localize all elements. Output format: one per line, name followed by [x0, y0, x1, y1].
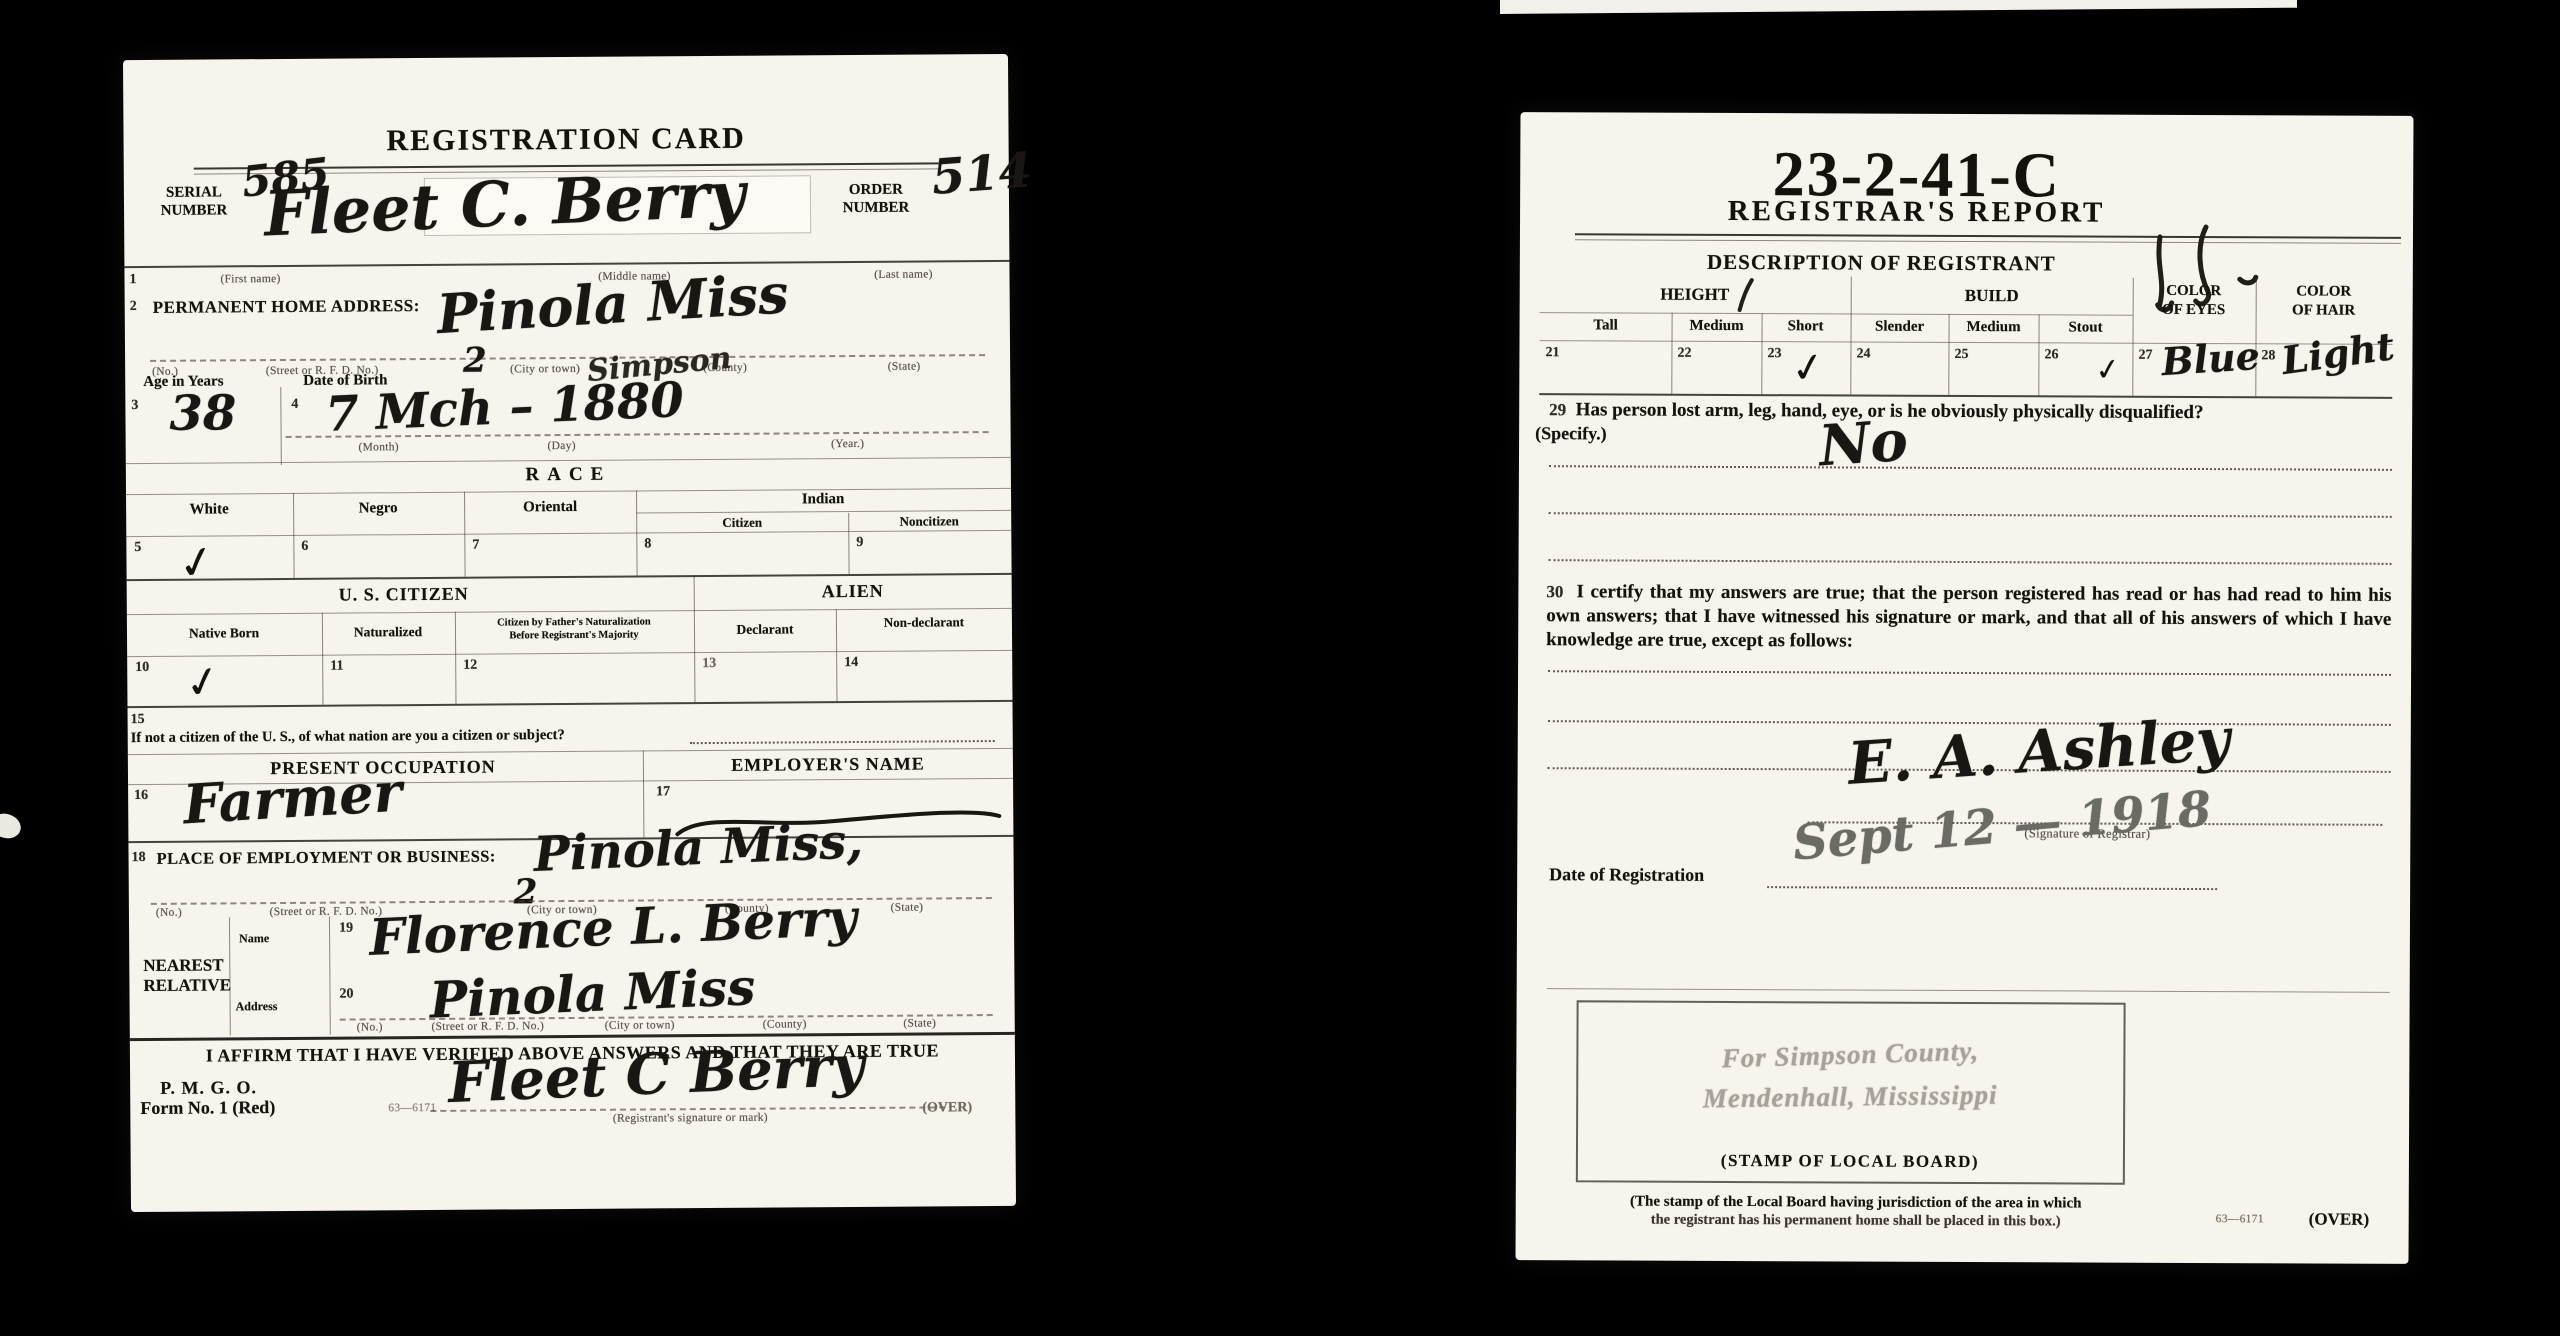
answer-line-1 — [1549, 465, 2392, 471]
row-rule — [124, 260, 1009, 268]
citizen-num-11: 11 — [330, 659, 343, 675]
citizen-num-12: 12 — [463, 658, 477, 674]
hint-state: (State) — [888, 361, 921, 373]
q20-number: 20 — [339, 987, 353, 1003]
num-23: 23 — [1767, 346, 1781, 362]
q16-number: 16 — [134, 788, 148, 804]
home-address-handwriting: Pinola Miss — [435, 266, 789, 341]
footnote-line-2: the registrant has his permanent home sh… — [1651, 1212, 2061, 1230]
rfd-number-handwriting: 2 — [463, 344, 487, 378]
eye-color-handwriting: Blue — [2160, 337, 2261, 381]
q2-number: 2 — [130, 299, 137, 315]
order-number-value: 514 — [930, 146, 1034, 202]
citizen-divider-2 — [455, 612, 457, 704]
citizen-num-14: 14 — [844, 655, 858, 671]
alien-header: ALIEN — [822, 581, 884, 602]
race-indian-label: Indian — [802, 491, 845, 508]
num-27: 27 — [2138, 348, 2152, 364]
q29-line: 29 Has person lost arm, leg, hand, eye, … — [1549, 399, 2396, 425]
q30-paragraph: 30 I certify that my answers are true; t… — [1546, 580, 2391, 655]
race-table-top — [126, 488, 1011, 495]
num-24: 24 — [1856, 347, 1870, 363]
race-noncitizen-label: Noncitizen — [900, 513, 959, 529]
citizen-num-13: 13 — [702, 656, 716, 672]
q15-text: If not a citizen of the U. S., of what n… — [131, 727, 565, 747]
answer-line-4 — [1548, 670, 2391, 676]
table-divider-5 — [2038, 314, 2039, 395]
q15-number: 15 — [131, 712, 145, 728]
stamp-line-2: Mendenhall, Mississippi — [1703, 1080, 1998, 1115]
hint-month: (Month) — [358, 441, 399, 453]
race-num-6: 6 — [301, 539, 308, 555]
table-divider-6 — [2132, 278, 2134, 396]
relative-label: RELATIVE — [143, 975, 231, 996]
registrant-signature-handwriting: Fleet C Berry — [447, 1038, 865, 1111]
q29-answer-handwriting: No — [1817, 413, 1909, 475]
citizen-alien-divider — [694, 575, 695, 610]
q15-answer-line — [690, 740, 995, 744]
num-26: 26 — [2044, 347, 2058, 363]
table-divider-1 — [1671, 313, 1672, 394]
form-code-back: 63—6171 — [2216, 1213, 2264, 1225]
over-label: (OVER) — [922, 1100, 972, 1116]
q30-text: I certify that my answers are true; that… — [1546, 581, 2391, 651]
hair-header: COLOR OF HAIR — [2292, 282, 2355, 320]
num-21: 21 — [1545, 345, 1559, 361]
race-num-7: 7 — [472, 538, 479, 554]
description-table: HEIGHT BUILD COLOR OF EYES COLOR OF HAIR… — [1539, 275, 2393, 397]
answer-line-3 — [1549, 559, 2392, 565]
race-num-8: 8 — [644, 536, 651, 552]
stamp-box: For Simpson County, Mendenhall, Mississi… — [1576, 1000, 2126, 1184]
native-born-label: Native Born — [189, 625, 259, 641]
address-write-line — [150, 354, 985, 362]
hint-street-3: (Street or R. F. D. No.) — [431, 1020, 544, 1033]
num-22: 22 — [1677, 346, 1691, 362]
citizen-divider-1 — [322, 613, 324, 705]
medium-build-label: Medium — [1966, 319, 2020, 336]
nondeclarant-label: Non-declarant — [869, 614, 979, 630]
race-num-9: 9 — [856, 535, 863, 551]
hint-no-3: (No.) — [357, 1021, 383, 1033]
citizen-num-10: 10 — [135, 660, 149, 676]
relative-address-label: Address — [236, 999, 278, 1014]
home-address-label: PERMANENT HOME ADDRESS: — [153, 296, 420, 318]
citizen-divider-4 — [836, 609, 838, 701]
relative-divider-2 — [329, 917, 331, 1035]
race-oriental-label: Oriental — [523, 499, 577, 516]
q30-number: 30 — [1546, 582, 1563, 601]
q19-number: 19 — [339, 921, 353, 937]
place-of-employment-label: PLACE OF EMPLOYMENT OR BUSINESS: — [156, 847, 495, 869]
scan-speck-left — [0, 810, 24, 842]
race-white-checkmark: ✓ — [174, 538, 219, 589]
hint-state-3: (State) — [903, 1017, 936, 1029]
race-header: RACE — [126, 461, 1011, 489]
hint-state-2: (State) — [891, 902, 924, 914]
native-born-checkmark: ✓ — [181, 658, 224, 707]
scan-edge-artifact-top — [1500, 0, 2297, 14]
hint-no-2: (No.) — [156, 907, 182, 919]
date-line — [1767, 886, 2217, 890]
hint-city: (City or town) — [510, 363, 580, 375]
build-header: BUILD — [1965, 286, 2019, 306]
hint-county-3: (County) — [763, 1018, 807, 1030]
table-divider-2 — [1761, 313, 1762, 394]
us-citizen-header: U. S. CITIZEN — [339, 584, 469, 606]
q17-number: 17 — [656, 784, 670, 800]
affirmation-rule — [130, 1032, 1015, 1041]
stout-label: Stout — [2068, 319, 2102, 336]
answer-line-2 — [1549, 512, 2392, 518]
signature-hint: (Registrant's signature or mark) — [613, 1112, 768, 1125]
relative-name-label: Name — [239, 931, 269, 946]
table-bottom-rule — [1539, 393, 2392, 399]
q29-specify-label: (Specify.) — [1535, 423, 1607, 444]
q1-number: 1 — [129, 272, 136, 288]
form-code: 63—6171 — [388, 1102, 436, 1114]
footnote-line-1: (The stamp of the Local Board having jur… — [1630, 1194, 2081, 1212]
age-handwriting: 38 — [169, 389, 236, 437]
hint-street-2: (Street or R. F. D. No.) — [270, 905, 383, 918]
hair-color-handwriting: Light — [2279, 327, 2396, 380]
pmgo-label: P. M. G. O. — [160, 1077, 257, 1099]
slender-label: Slender — [1875, 319, 1924, 336]
hint-last-name: (Last name) — [874, 268, 933, 280]
stamp-caption: (STAMP OF LOCAL BOARD) — [1721, 1151, 1979, 1172]
race-number-rule — [126, 530, 1011, 537]
hint-day: (Day) — [547, 440, 575, 452]
card-title: REGISTRATION CARD — [123, 120, 1008, 160]
employer-header: EMPLOYER'S NAME — [731, 754, 925, 776]
short-checkmark: ✓ — [1788, 346, 1828, 391]
q29-number: 29 — [1549, 400, 1566, 419]
stout-checkmark: ✓ — [2093, 354, 2122, 387]
place-of-employment-handwriting: Pinola Miss, — [533, 817, 864, 879]
sub-rule — [1540, 340, 2393, 345]
relative-name-handwriting: Florence L. Berry — [368, 893, 857, 963]
race-divider-4 — [848, 513, 849, 574]
race-negro-label: Negro — [359, 500, 398, 517]
hint-year: (Year.) — [831, 438, 864, 450]
registration-card-front: REGISTRATION CARD SERIAL NUMBER 585 ORDE… — [123, 54, 1016, 1212]
num-25: 25 — [1954, 347, 1968, 363]
q3-number: 3 — [131, 398, 138, 414]
stamp-line-1: For Simpson County, — [1721, 1036, 1979, 1075]
q18-number: 18 — [132, 850, 146, 866]
race-citizen-label: Citizen — [722, 515, 762, 531]
height-pen-tick — [1730, 278, 1760, 312]
hint-first-name: (First name) — [220, 273, 280, 285]
declarant-label: Declarant — [736, 621, 793, 637]
citizen-divider-3 — [694, 610, 696, 702]
table-divider-3 — [1850, 276, 1852, 394]
naturalized-label: Naturalized — [354, 624, 422, 640]
dob-handwriting: 7 Mch – 1880 — [325, 376, 685, 439]
order-number-label: ORDER NUMBER — [822, 180, 930, 217]
nearest-label: NEAREST — [143, 955, 223, 976]
race-num-5: 5 — [134, 540, 141, 556]
over-label-back: (OVER) — [2309, 1210, 2370, 1230]
q4-number: 4 — [291, 397, 298, 413]
eyes-header: COLOR OF EYES — [2162, 282, 2225, 320]
num-28: 28 — [2261, 348, 2275, 364]
q15-top-rule — [127, 700, 1012, 708]
tall-label: Tall — [1593, 317, 1618, 334]
registrant-name-handwriting: Fleet C. Berry — [263, 163, 747, 245]
short-label: Short — [1788, 318, 1824, 335]
height-header: HEIGHT — [1660, 285, 1729, 305]
stamp-section-rule — [1547, 988, 2390, 993]
stamp-footnote: (The stamp of the Local Board having jur… — [1551, 1192, 2161, 1231]
age-dob-divider — [280, 387, 282, 465]
group-rule — [1540, 312, 2133, 316]
medium-height-label: Medium — [1689, 318, 1743, 335]
table-divider-4 — [1948, 314, 1949, 395]
serial-number-label: SERIAL NUMBER — [144, 183, 244, 220]
date-of-registration-label: Date of Registration — [1549, 864, 1704, 886]
hint-city-3: (City or town) — [605, 1019, 675, 1031]
registrars-report-back: 23-2-41-C REGISTRAR'S REPORT DESCRIPTION… — [1515, 112, 2413, 1264]
race-white-label: White — [189, 501, 228, 518]
occupation-handwriting: Farmer — [182, 764, 404, 831]
citizen-number-rule — [127, 650, 1012, 657]
father-naturalization-label: Citizen by Father's Naturalization Befor… — [458, 616, 690, 643]
form-number-label: Form No. 1 (Red) — [140, 1097, 275, 1119]
